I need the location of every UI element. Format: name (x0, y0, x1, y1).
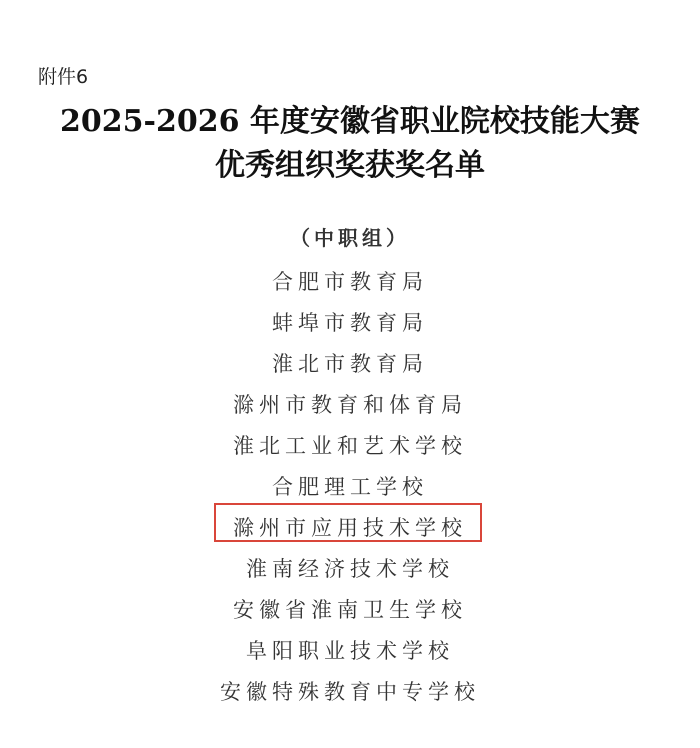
highlight-box (214, 503, 482, 542)
list-item: 合肥理工学校 (0, 467, 700, 508)
list-item: 淮北工业和艺术学校 (0, 426, 700, 467)
document-title-line-2: 优秀组织奖获奖名单 (0, 140, 700, 184)
group-heading: （中职组） (0, 222, 700, 251)
attachment-label: 附件6 (38, 62, 88, 89)
winners-list: 合肥市教育局 蚌埠市教育局 淮北市教育局 滁州市教育和体育局 淮北工业和艺术学校… (0, 262, 700, 713)
list-item: 安徽省淮南卫生学校 (0, 590, 700, 631)
list-item: 蚌埠市教育局 (0, 303, 700, 344)
list-item: 滁州市教育和体育局 (0, 385, 700, 426)
document-title-line-1: 2025-2026 年度安徽省职业院校技能大赛 (0, 96, 700, 140)
list-item: 淮南经济技术学校 (0, 549, 700, 590)
list-item: 安徽特殊教育中专学校 (0, 672, 700, 713)
list-item: 合肥市教育局 (0, 262, 700, 303)
list-item: 阜阳职业技术学校 (0, 631, 700, 672)
list-item: 淮北市教育局 (0, 344, 700, 385)
